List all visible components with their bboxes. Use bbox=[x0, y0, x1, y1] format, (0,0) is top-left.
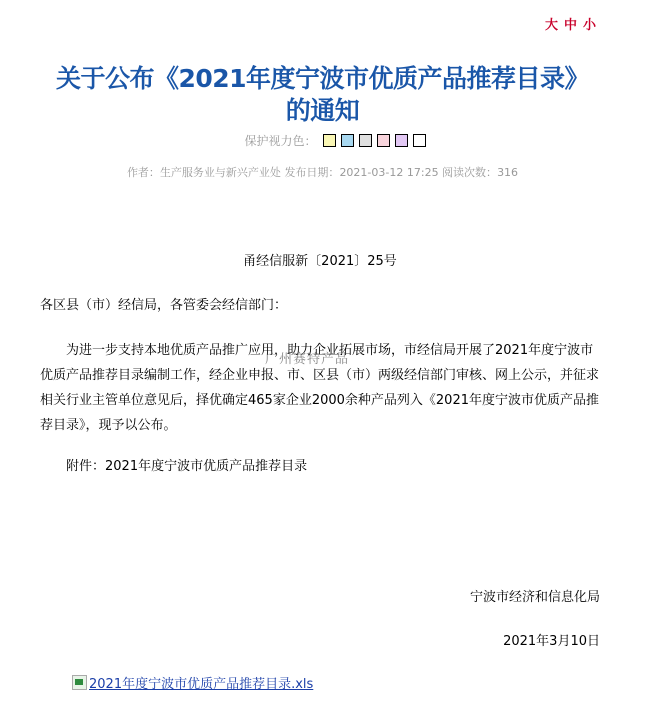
article-meta: 作者：生产服务业与新兴产业处 发布日期：2021-03-12 17:25 阅读次… bbox=[0, 164, 645, 180]
title-line-2: 的通知 bbox=[0, 95, 645, 127]
swatch-pink[interactable] bbox=[377, 134, 390, 147]
attachment: 2021年度宁波市优质产品推荐目录.xls bbox=[72, 673, 313, 692]
swatch-yellow[interactable] bbox=[323, 134, 336, 147]
swatch-blue[interactable] bbox=[341, 134, 354, 147]
swatch-purple[interactable] bbox=[395, 134, 408, 147]
font-size-controls: 大 中 小 bbox=[545, 14, 596, 33]
watermark: 广州赛特产品 bbox=[265, 348, 349, 367]
eye-care-label: 保护视力色： bbox=[244, 132, 316, 149]
font-size-medium-button[interactable]: 中 bbox=[564, 14, 577, 33]
date-label: 发布日期： bbox=[284, 166, 339, 179]
document-number: 甬经信服新〔2021〕25号 bbox=[40, 250, 600, 269]
font-size-small-button[interactable]: 小 bbox=[583, 14, 596, 33]
signer: 宁波市经济和信息化局 bbox=[40, 586, 600, 605]
sign-date: 2021年3月10日 bbox=[40, 630, 620, 649]
title-line-1: 关于公布《2021年度宁波市优质产品推荐目录》 bbox=[0, 63, 645, 95]
swatch-gray[interactable] bbox=[359, 134, 372, 147]
reads-label: 阅读次数： bbox=[442, 166, 497, 179]
excel-file-icon bbox=[72, 675, 87, 690]
attachment-download-link[interactable]: 2021年度宁波市优质产品推荐目录.xls bbox=[89, 673, 313, 692]
author: 生产服务业与新兴产业处 bbox=[160, 166, 281, 179]
page-title: 关于公布《2021年度宁波市优质产品推荐目录》 的通知 bbox=[0, 63, 645, 127]
addressee: 各区县（市）经信局，各管委会经信部门： bbox=[40, 294, 600, 313]
swatch-white[interactable] bbox=[413, 134, 426, 147]
publish-date: 2021-03-12 17:25 bbox=[339, 166, 438, 179]
author-label: 作者： bbox=[127, 166, 160, 179]
font-size-large-button[interactable]: 大 bbox=[545, 14, 558, 33]
read-count: 316 bbox=[497, 166, 518, 179]
attachment-note: 附件：2021年度宁波市优质产品推荐目录 bbox=[40, 455, 626, 474]
eye-care-color-picker: 保护视力色： bbox=[0, 132, 645, 149]
